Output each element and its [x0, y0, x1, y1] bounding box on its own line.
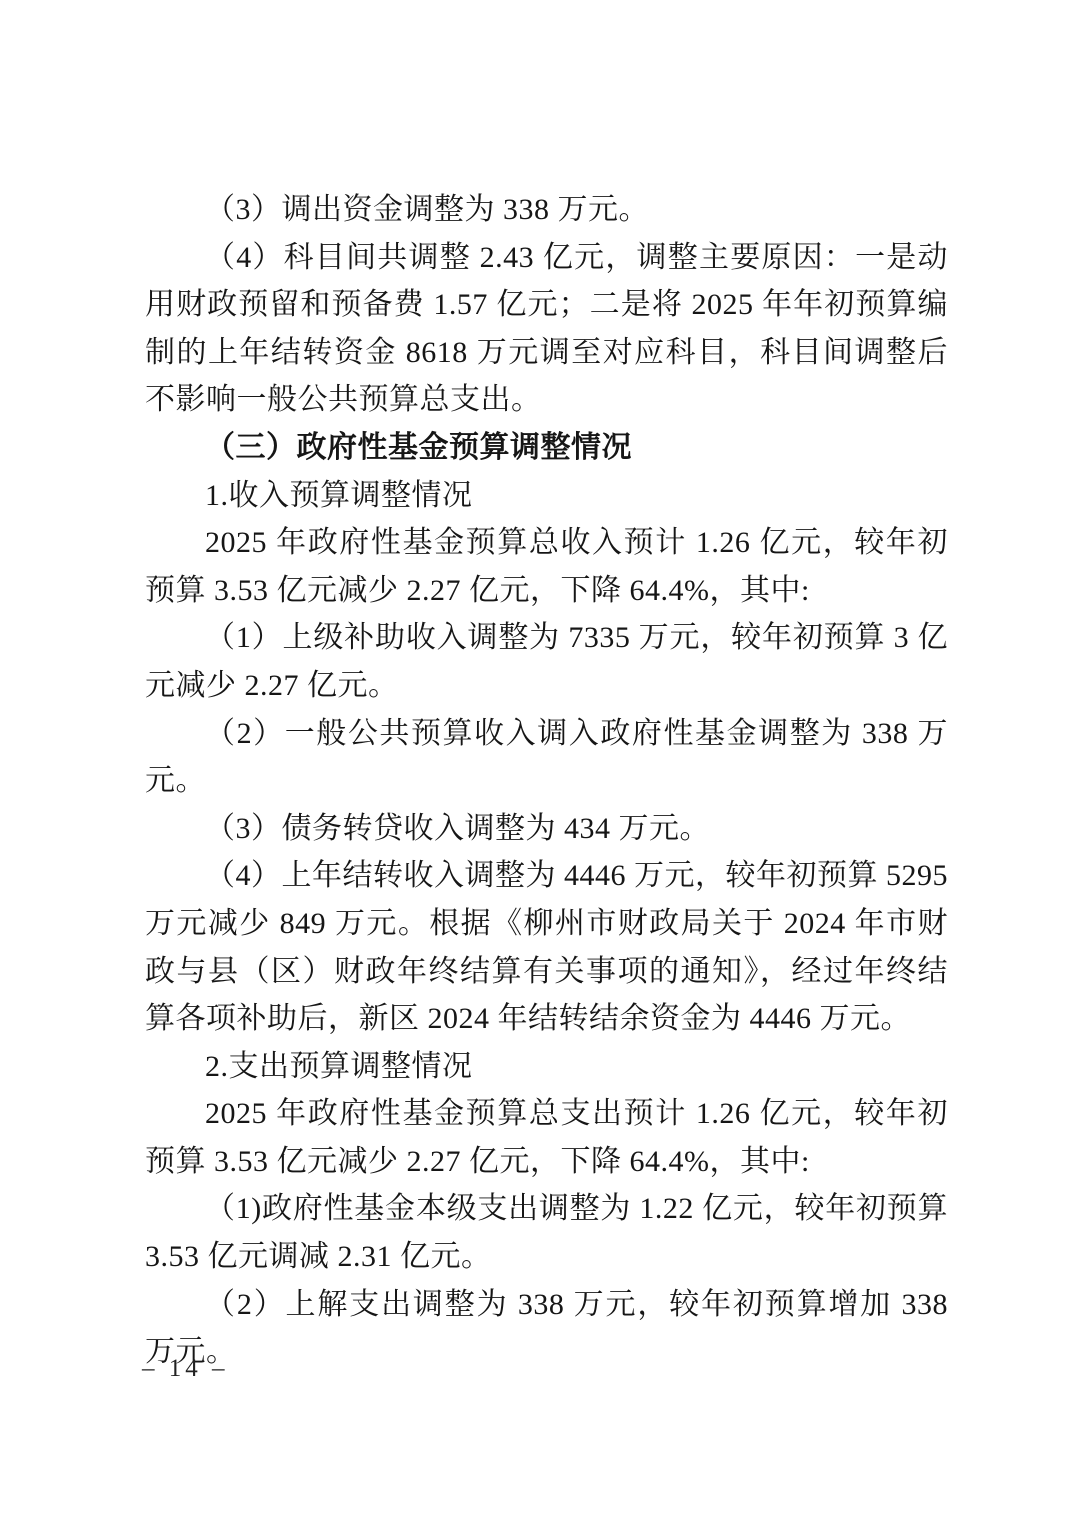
para-expenditure-overview: 2025 年政府性基金预算总支出预计 1.26 亿元，较年初预算 3.53 亿元…	[145, 1090, 948, 1185]
para-expenditure-item-2: （2）上解支出调整为 338 万元，较年初预算增加 338 万元。	[145, 1281, 948, 1376]
para-income-item-2: （2）一般公共预算收入调入政府性基金调整为 338 万元。	[145, 710, 948, 805]
para-expenditure-item-1: （1)政府性基金本级支出调整为 1.22 亿元，较年初预算 3.53 亿元调减 …	[145, 1185, 948, 1280]
page-number: – 14 –	[142, 1355, 229, 1383]
para-income-overview: 2025 年政府性基金预算总收入预计 1.26 亿元，较年初预算 3.53 亿元…	[145, 519, 948, 614]
para-transfer-out-adjustment: （3）调出资金调整为 338 万元。	[145, 186, 948, 234]
heading-income-budget-adjustment: 1.收入预算调整情况	[145, 472, 948, 520]
para-income-item-1: （1）上级补助收入调整为 7335 万元，较年初预算 3 亿元减少 2.27 亿…	[145, 614, 948, 709]
para-income-item-3: （3）债务转贷收入调整为 434 万元。	[145, 805, 948, 853]
document-page: （3）调出资金调整为 338 万元。 （4）科目间共调整 2.43 亿元，调整主…	[0, 0, 1074, 1520]
para-income-item-4: （4）上年结转收入调整为 4446 万元，较年初预算 5295 万元减少 849…	[145, 852, 948, 1042]
para-inter-subject-adjustment: （4）科目间共调整 2.43 亿元，调整主要原因：一是动用财政预留和预备费 1.…	[145, 234, 948, 424]
heading-expenditure-budget-adjustment: 2.支出预算调整情况	[145, 1043, 948, 1091]
document-body: （3）调出资金调整为 338 万元。 （4）科目间共调整 2.43 亿元，调整主…	[145, 186, 948, 1376]
heading-gov-fund-budget-adjustment: （三）政府性基金预算调整情况	[145, 424, 948, 472]
